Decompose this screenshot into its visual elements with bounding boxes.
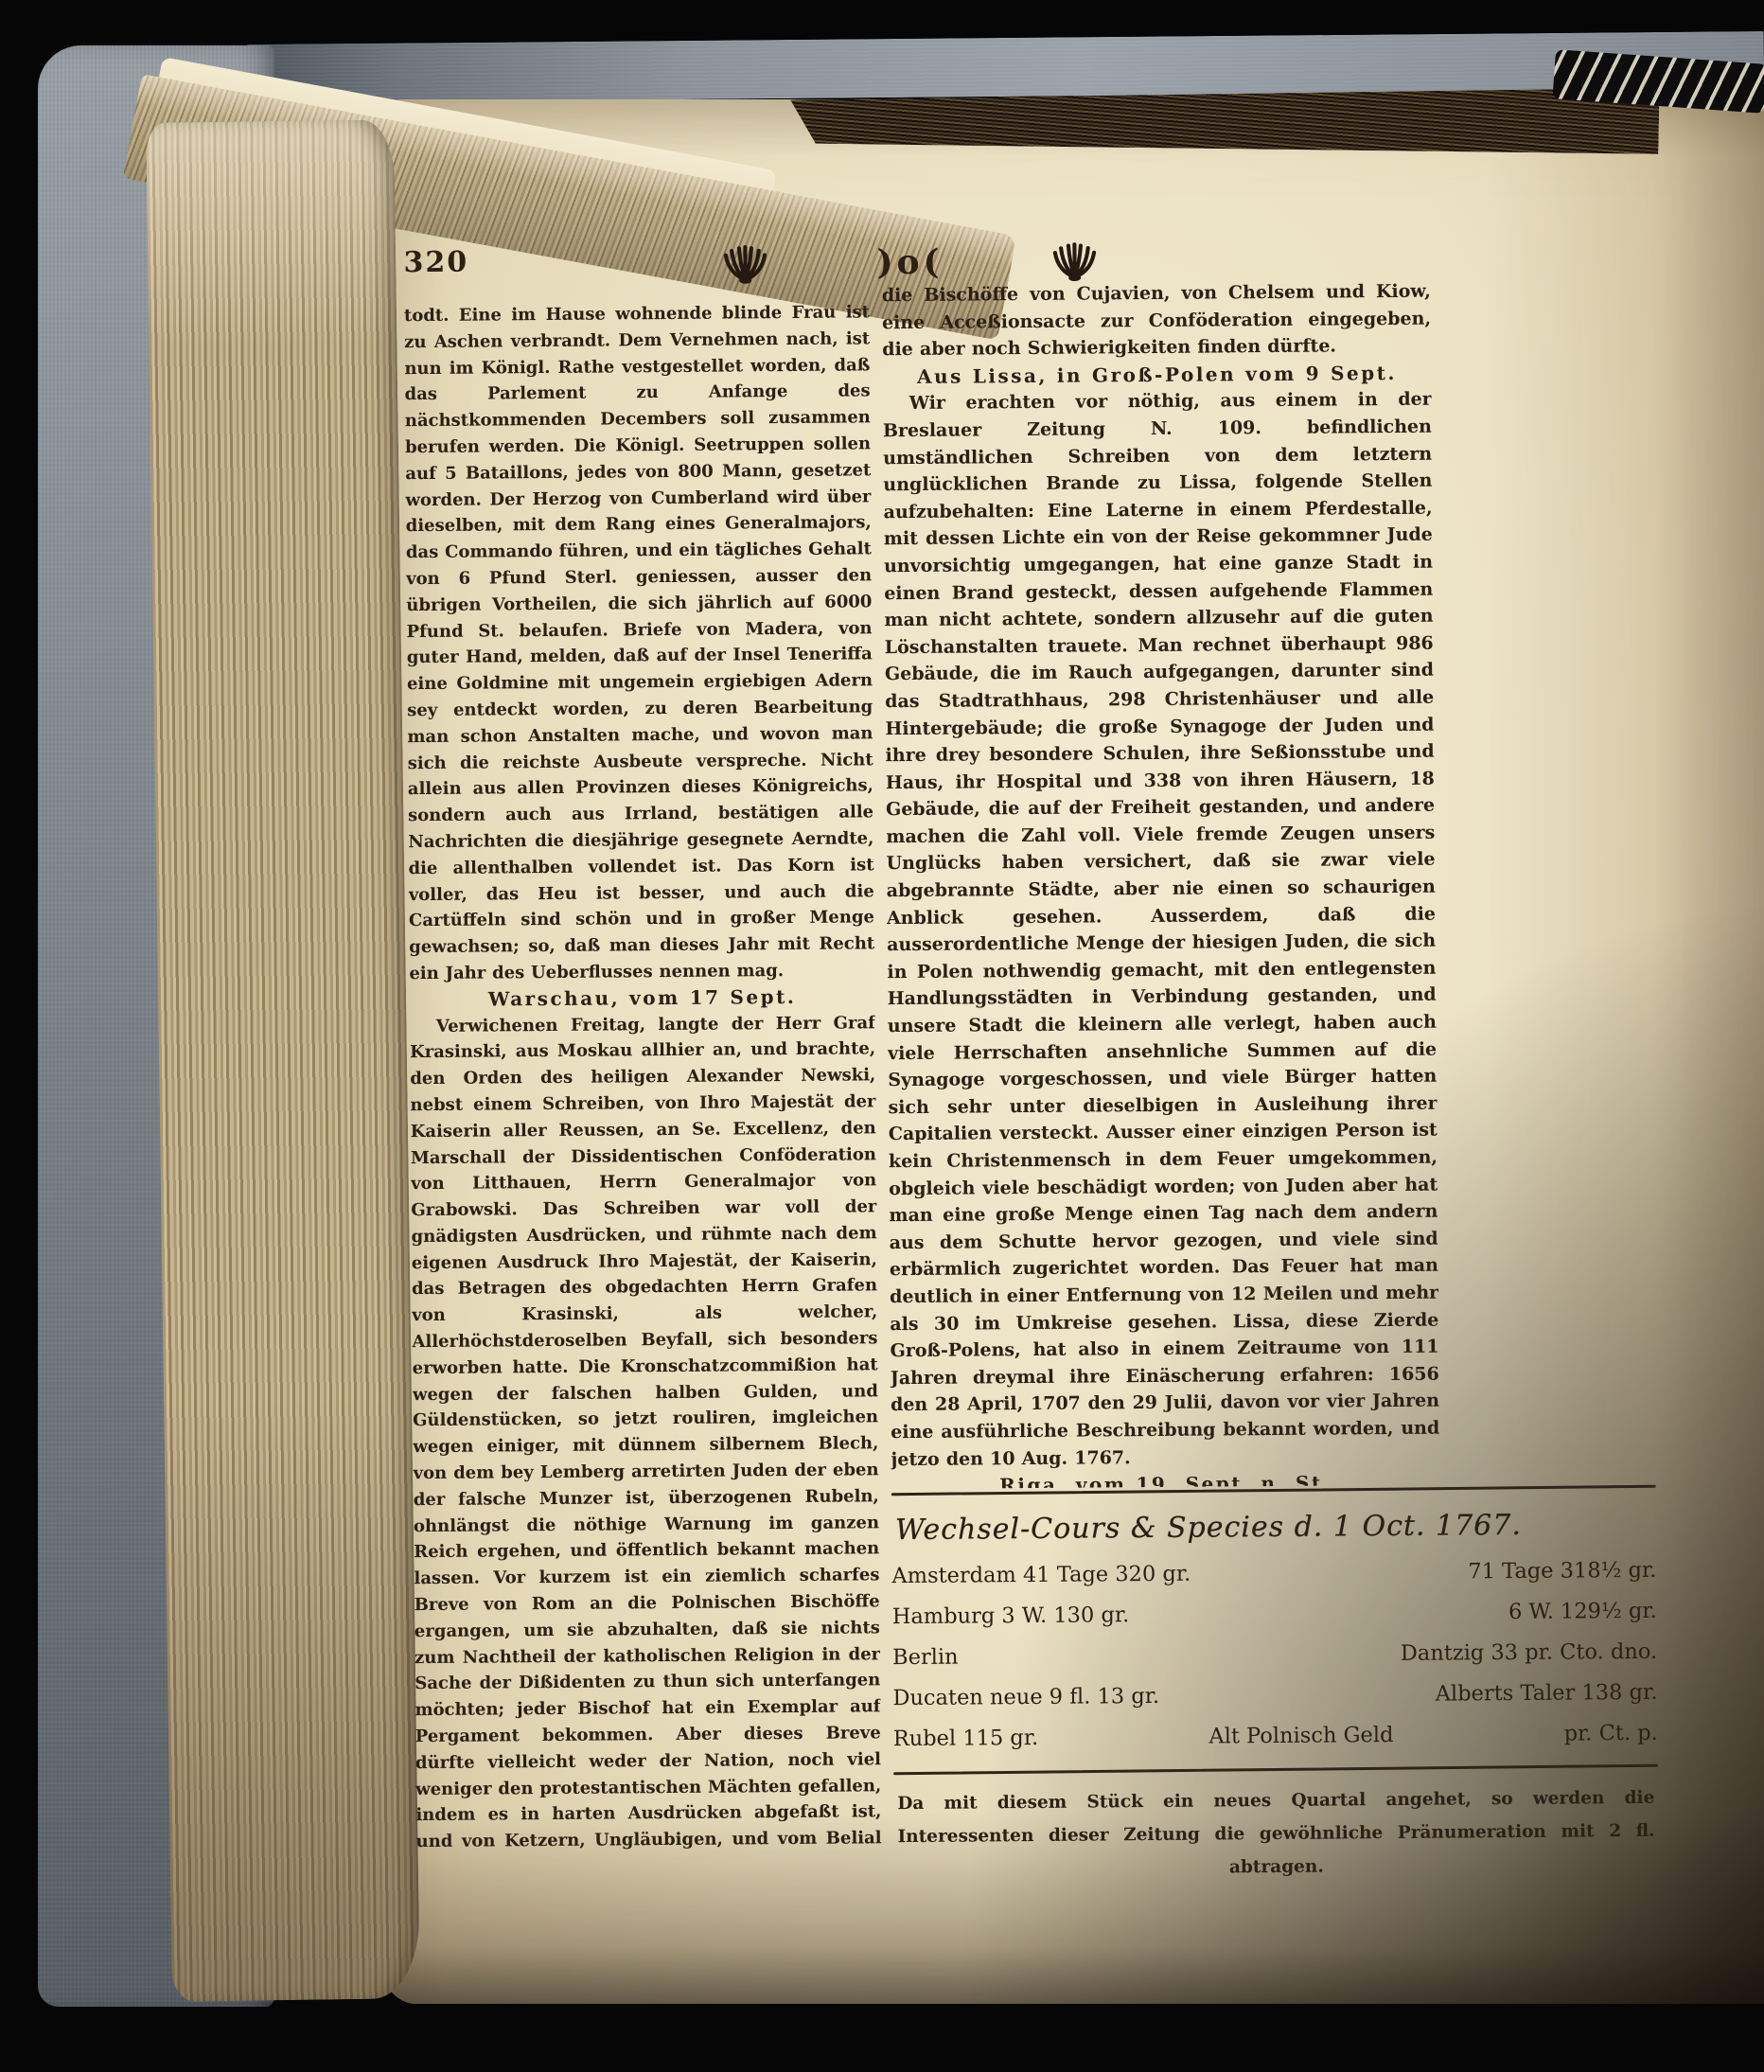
paragraph-lissa-fire: Wir erachten vor nöthig, aus einem in de… [883,386,1440,1473]
exchange-cell: 6 W. 129½ gr. [1508,1591,1657,1633]
shell-ornament-icon [720,242,769,284]
exchange-cell: Alt Polnisch Geld [1038,1714,1564,1759]
exchange-cell: pr. Ct. p. [1563,1713,1657,1755]
exchange-cell: Dantzig 33 pr. Cto. dno. [1401,1632,1658,1674]
paragraph-warschau: Verwichenen Freitag, langte der Herr Gra… [410,1010,882,1860]
shell-ornament-icon [1050,239,1099,281]
exchange-cell [959,1660,1401,1664]
exchange-cell: Rubel 115 gr. [893,1718,1039,1760]
exchange-cell [1159,1701,1436,1703]
paragraph-accession: die Bischöffe von Cujavien, von Chelsem … [882,278,1432,363]
exchange-cell: Ducaten neue 9 fl. 13 gr. [892,1676,1159,1719]
dateline-lissa: Aus Lissa, in Groß-Polen vom 9 Sept. [882,359,1431,390]
text-column-right: die Bischöffe von Cujavien, von Chelsem … [882,278,1440,1490]
exchange-row: Rubel 115 gr. Alt Polnisch Geld pr. Ct. … [893,1713,1658,1760]
dateline-warschau: Warschau, vom 17 Sept. [410,983,875,1014]
exchange-cell [1129,1619,1508,1621]
header-separator-mark: )o( [876,242,943,283]
exchange-row: Amsterdam 41 Tage 320 gr. 71 Tage 318½ g… [891,1550,1656,1597]
book-photo: 320 )o( [0,0,1764,2072]
exchange-cell: 71 Tage 318½ gr. [1468,1550,1656,1593]
exchange-table-title: Wechsel-Cours & Species d. 1 Oct. 1767. [895,1508,1656,1547]
paragraph-london-continuation: todt. Eine im Hause wohnende blinde Frau… [404,299,875,987]
exchange-cell: Alberts Taler 138 gr. [1436,1673,1658,1715]
exchange-rates-section: Wechsel-Cours & Species d. 1 Oct. 1767. … [891,1486,1659,1886]
exchange-row: Hamburg 3 W. 130 gr. 6 W. 129½ gr. [892,1591,1657,1638]
text-column-left: todt. Eine im Hause wohnende blinde Frau… [404,299,882,1860]
page-number: 320 [403,246,468,280]
exchange-row: Berlin Dantzig 33 pr. Cto. dno. [892,1632,1657,1678]
exchange-cell: Amsterdam 41 Tage 320 gr. [891,1554,1191,1597]
exchange-table: Amsterdam 41 Tage 320 gr. 71 Tage 318½ g… [891,1550,1658,1760]
exchange-cell: Berlin [892,1638,959,1679]
rule-below-exchange [893,1764,1658,1775]
subscription-notice: Da mit diesem Stück ein neues Quartal an… [897,1781,1655,1886]
exchange-row: Ducaten neue 9 fl. 13 gr. Alberts Taler … [892,1673,1657,1719]
exchange-cell [1191,1578,1468,1580]
exchange-cell: Hamburg 3 W. 130 gr. [892,1595,1130,1638]
printed-page-content: 320 )o( [0,0,1764,2072]
